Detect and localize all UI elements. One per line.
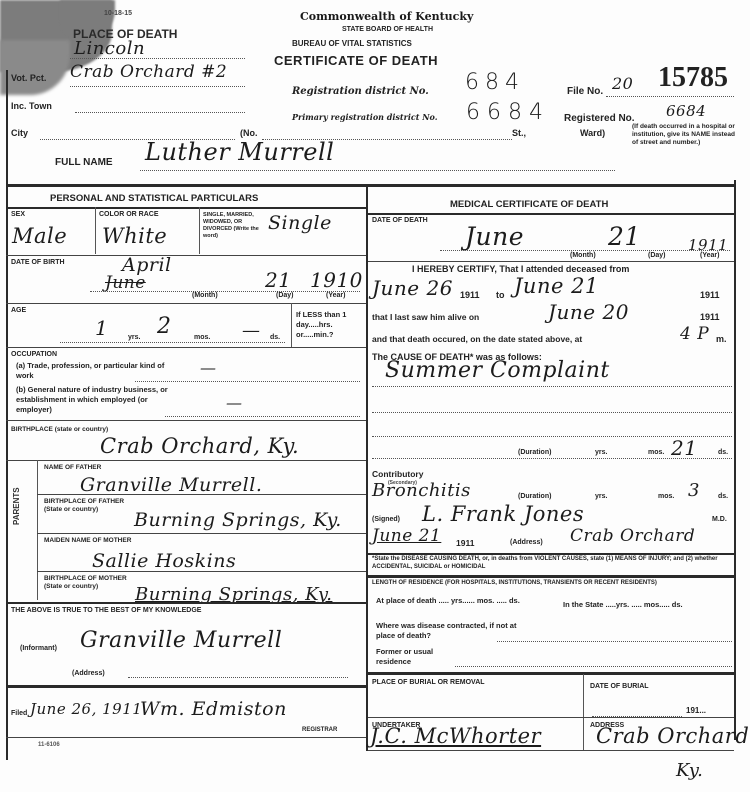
occupation-b-line — [165, 416, 360, 417]
age-years-value: 1 — [95, 316, 108, 340]
center-divider — [366, 186, 368, 751]
contracted-line — [497, 641, 732, 642]
divider — [37, 494, 366, 495]
undertaker-address-value: Crab Orchard — [596, 724, 749, 748]
divider — [583, 674, 584, 750]
certificate-title: CERTIFICATE OF DEATH — [274, 53, 438, 68]
age-label: AGE — [11, 307, 26, 314]
county-line — [70, 58, 245, 59]
yrs-label: yrs. — [128, 334, 140, 341]
age-line — [60, 342, 285, 343]
year-caption: (Year) — [326, 292, 345, 299]
frame-left — [6, 70, 8, 760]
full-name-line — [140, 170, 615, 171]
duration-label: (Duration) — [518, 449, 551, 456]
st-label: St., — [512, 128, 526, 138]
board-title: STATE BOARD OF HEALTH — [342, 26, 433, 33]
race-label: COLOR OR RACE — [99, 211, 159, 218]
divider — [37, 460, 38, 600]
contributory-label: Contributory — [372, 469, 423, 479]
file-stamp-number: 15785 — [658, 62, 728, 94]
cause-duration-days: 21 — [671, 436, 697, 460]
marital-value: Single — [268, 212, 332, 234]
cause-line — [372, 386, 732, 387]
informant-address-line — [128, 677, 348, 678]
filed-label: Filed — [11, 710, 27, 717]
primary-district-label: Primary registration district No. — [292, 112, 438, 122]
undertaker-value: J.C. McWhorter — [370, 724, 541, 748]
divider — [6, 737, 366, 738]
divider — [368, 750, 734, 751]
divider — [37, 571, 366, 572]
last-saw-text: that I last saw him alive on — [372, 312, 479, 322]
attended-to-year: 1911 — [700, 290, 720, 300]
signed-label: (Signed) — [372, 516, 400, 523]
duration-label-2: (Duration) — [518, 493, 551, 500]
full-name-value: Luther Murrell — [145, 138, 334, 166]
medical-section-title: MEDICAL CERTIFICATE OF DEATH — [450, 199, 608, 210]
footer-code: 11-6106 — [38, 742, 60, 748]
ward-label: Ward) — [580, 128, 605, 138]
occupation-b-label: (b) General nature of industry business,… — [16, 385, 176, 415]
marital-label: SINGLE, MARRIED, WIDOWED, OR DIVORCED (W… — [203, 212, 271, 240]
occupation-a-label: (a) Trade, profession, or particular kin… — [16, 361, 166, 381]
form-code: 10-18-15 — [104, 10, 132, 17]
dod-month-caption: (Month) — [570, 252, 596, 259]
paper-stain — [0, 40, 70, 95]
ds-label: ds. — [718, 493, 728, 500]
cause-value: Summer Complaint — [385, 358, 610, 383]
md-label: M.D. — [712, 516, 727, 523]
dob-day-value: 21 — [265, 268, 291, 292]
personal-section-title: PERSONAL AND STATISTICAL PARTICULARS — [50, 193, 258, 204]
day-caption: (Day) — [276, 292, 294, 299]
age-days-value: — — [242, 320, 261, 341]
county-value: Lincoln — [74, 38, 145, 59]
mother-name-label: MAIDEN NAME OF MOTHER — [44, 537, 134, 545]
registered-no-label: Registered No. — [564, 113, 635, 124]
dob-month-struck: June — [105, 273, 146, 293]
birthplace-value: Crab Orchard, Ky. — [100, 434, 299, 458]
signed-year: 1911 — [456, 538, 474, 548]
vot-pct-value: Crab Orchard #2 — [70, 62, 227, 82]
occupation-a-value: — — [200, 358, 217, 377]
father-name-value: Granville Murrell. — [80, 474, 262, 496]
cause-line — [372, 412, 732, 413]
age-months-value: 2 — [157, 314, 172, 339]
registrar-value: Wm. Edmiston — [140, 698, 287, 720]
contributory-value: Bronchitis — [372, 480, 471, 501]
father-name-label: NAME OF FATHER — [44, 464, 104, 472]
certify-text: I HEREBY CERTIFY, That I attended deceas… — [412, 264, 629, 274]
attended-from-value: June 26 — [372, 276, 453, 300]
to-label: to — [496, 290, 505, 300]
divider — [6, 420, 366, 421]
dob-year-value: 1910 — [310, 268, 363, 292]
birthplace-label: BIRTHPLACE (state or country) — [11, 426, 111, 434]
ds-label: ds. — [270, 334, 280, 341]
street-no-label: (No. — [240, 128, 258, 138]
occupation-b-value: — — [226, 393, 243, 412]
dob-label: DATE OF BIRTH — [11, 259, 65, 266]
mos-label: mos. — [194, 334, 210, 341]
commonwealth-title: Commonwealth of Kentucky — [300, 10, 473, 23]
cause-footnote: *State the DISEASE CAUSING DEATH, or, in… — [372, 556, 732, 571]
divider — [368, 717, 734, 718]
header-divider — [6, 184, 736, 187]
divider — [6, 685, 366, 688]
registrar-label: REGISTRAR — [302, 727, 337, 733]
dod-line — [440, 250, 730, 251]
divider — [368, 213, 734, 215]
former-residence-line — [455, 666, 732, 667]
divider — [368, 672, 734, 675]
true-statement: THE ABOVE IS TRUE TO THE BEST OF MY KNOW… — [11, 607, 201, 614]
inc-town-line — [75, 112, 245, 113]
dod-day-caption: (Day) — [648, 252, 666, 259]
medical-address-label: (Address) — [510, 539, 543, 546]
bureau-title: BUREAU OF VITAL STATISTICS — [292, 39, 412, 48]
medical-address-value: Crab Orchard — [570, 526, 695, 546]
full-name-label: FULL NAME — [55, 157, 113, 168]
informant-value: Granville Murrell — [80, 628, 282, 653]
registered-no-value: 6684 — [666, 102, 706, 120]
father-birthplace-value: Burning Springs, Ky. — [134, 509, 342, 531]
dod-day-value: 21 — [608, 222, 641, 251]
mos-label: mos. — [648, 449, 664, 456]
mos-label: mos. — [658, 493, 674, 500]
residence-label: LENGTH OF RESIDENCE (FOR HOSPITALS, INST… — [372, 580, 732, 588]
occupation-label: OCCUPATION — [11, 351, 57, 358]
m-label: m. — [716, 334, 727, 344]
father-birthplace-label: BIRTHPLACE OF FATHER (State or country) — [44, 498, 139, 513]
divider — [368, 553, 734, 555]
divider — [199, 207, 200, 254]
divider — [95, 207, 96, 254]
burial-year: 191... — [686, 706, 706, 715]
yrs-label: yrs. — [595, 493, 607, 500]
dod-month-value: June — [465, 222, 524, 251]
divider — [6, 460, 366, 461]
date-of-death-label: DATE OF DEATH — [372, 217, 428, 224]
divider — [6, 207, 366, 209]
at-place-label: At place of death ..... yrs...... mos. .… — [376, 596, 546, 606]
burial-place-label: PLACE OF BURIAL OR REMOVAL — [372, 679, 485, 686]
divider — [6, 347, 366, 348]
vot-pct-line — [70, 86, 245, 87]
divider — [368, 261, 734, 262]
month-caption: (Month) — [192, 292, 218, 299]
inc-town-label: Inc. Town — [11, 101, 52, 111]
ds-label: ds. — [718, 449, 728, 456]
former-residence-label: Former or usual residence — [376, 647, 456, 667]
signed-value: L. Frank Jones — [422, 502, 584, 526]
informant-address-label: (Address) — [72, 670, 105, 677]
contributory-duration-days: 3 — [688, 480, 700, 501]
death-occurred-text: and that death occured, on the date stat… — [372, 334, 582, 344]
mother-birthplace-label: BIRTHPLACE OF MOTHER (State or country) — [44, 575, 139, 590]
file-no-line — [606, 96, 734, 97]
city-label: City — [11, 128, 28, 138]
mother-name-value: Sallie Hoskins — [92, 550, 236, 572]
reg-district-label: Registration district No. — [292, 86, 429, 97]
undertaker-address-state: Ky. — [676, 760, 703, 781]
sex-value: Male — [12, 224, 67, 248]
attended-from-year: 1911 — [460, 290, 480, 300]
divider — [368, 575, 734, 578]
divider — [291, 303, 292, 347]
file-no-value: 20 — [612, 74, 633, 93]
signed-date-value: June 21 — [372, 526, 441, 546]
primary-district-value: 6684 — [466, 100, 550, 125]
yrs-label: yrs. — [595, 449, 607, 456]
dod-year-caption: (Year) — [700, 252, 719, 259]
occupation-a-line — [135, 381, 360, 382]
burial-date-label: DATE OF BURIAL — [590, 683, 649, 690]
less-than-day-label: If LESS than 1 day.....hrs. or.....min.? — [296, 310, 364, 340]
file-no-label: File No. — [567, 86, 603, 97]
duration-line — [372, 458, 732, 459]
last-saw-year: 1911 — [700, 312, 720, 322]
filed-value: June 26, 1911 — [30, 700, 142, 718]
hospital-note: (If death occurred in a hospital or inst… — [632, 123, 738, 147]
informant-label: (Informant) — [20, 645, 57, 652]
frame-right — [734, 180, 736, 740]
sex-label: SEX — [11, 211, 25, 218]
parents-label: PARENTS — [12, 487, 21, 525]
divider — [6, 303, 366, 304]
race-value: White — [102, 224, 167, 248]
reg-district-value: 684 — [465, 70, 525, 95]
contracted-label: Where was disease contracted, if not at … — [376, 621, 526, 641]
divider — [6, 602, 366, 604]
last-saw-value: June 20 — [548, 300, 629, 324]
divider — [37, 533, 366, 534]
in-state-label: In the State .....yrs. ..... mos..... ds… — [563, 600, 733, 610]
death-time-value: 4 P — [680, 324, 709, 344]
divider — [6, 255, 366, 256]
vot-pct-label: Vot. Pct. — [11, 73, 46, 83]
attended-to-value: June 21 — [514, 274, 599, 298]
